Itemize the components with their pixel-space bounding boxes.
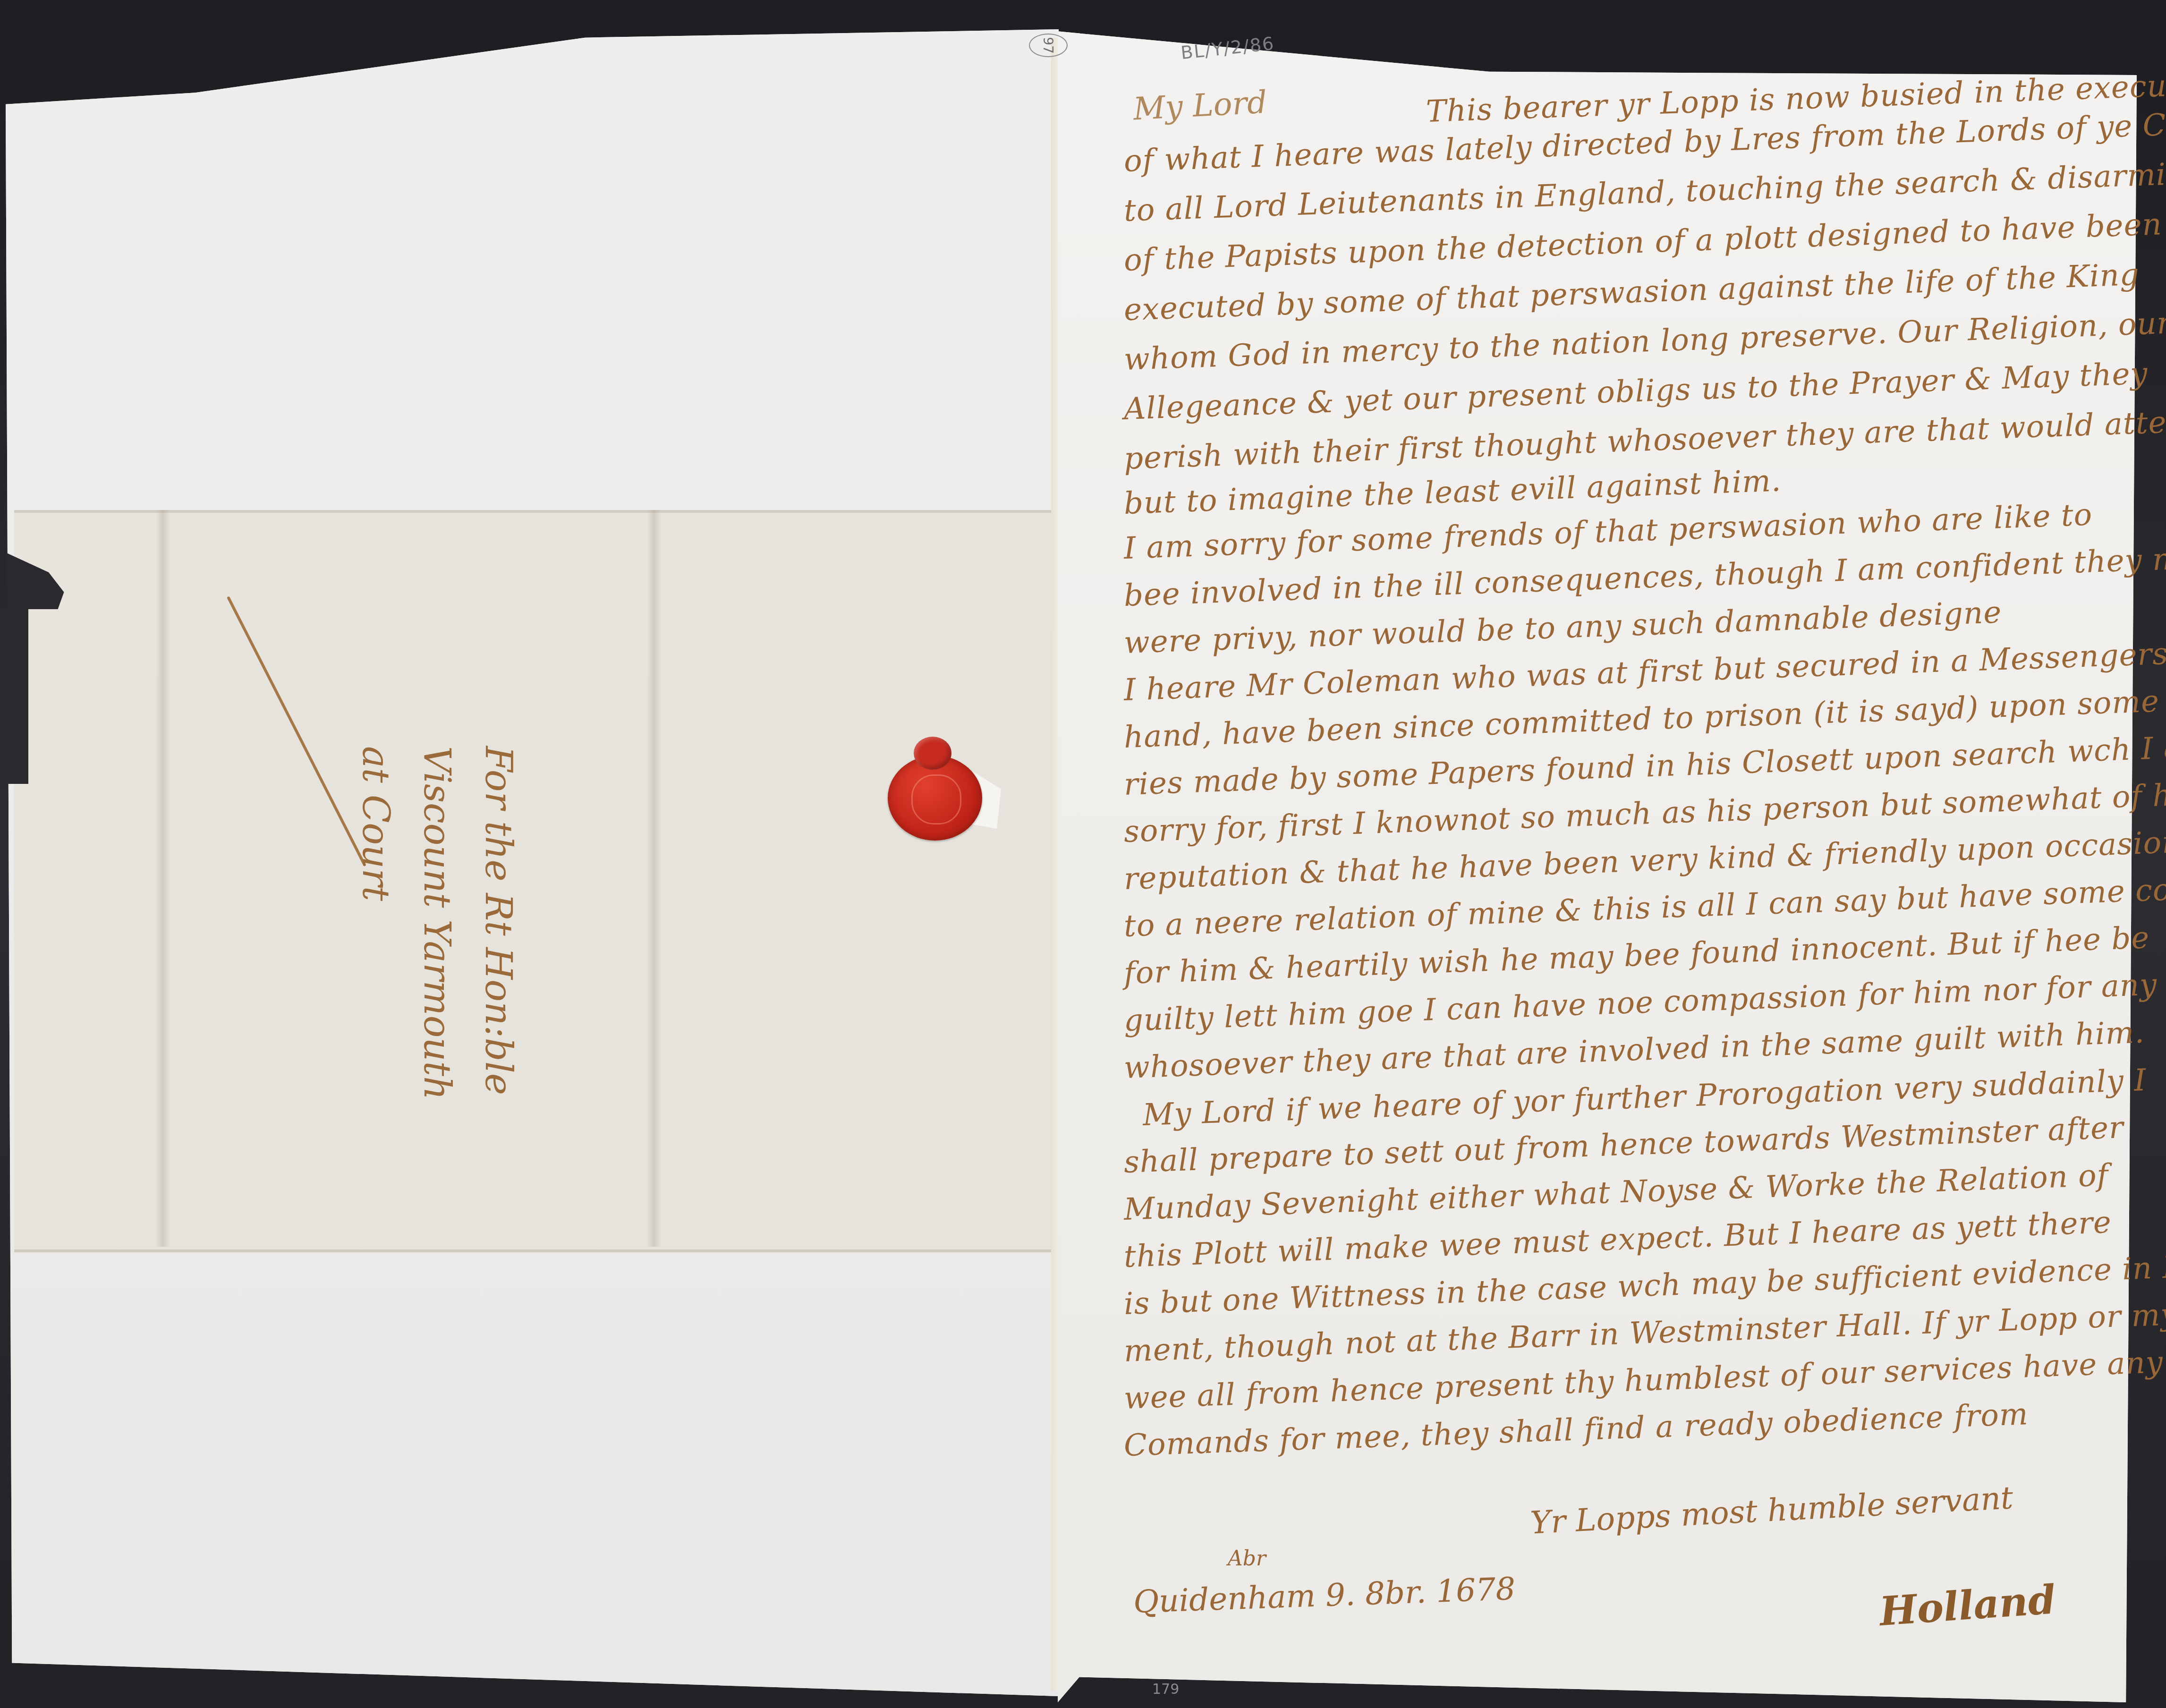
folio-number: 97 [1029,34,1068,57]
address-line: at Court [345,746,406,1100]
date-superscript: Abr [1228,1547,1266,1571]
seal-crest-icon [911,774,961,824]
fold-crease [647,510,661,1247]
wax-seal-icon [888,737,982,841]
fold-crease [156,510,170,1247]
seal-drip [914,737,951,770]
place: Quidenham [1133,1578,1316,1620]
salutation: My Lord [1132,84,1268,127]
address-line: For the Rt Hon:ble [467,746,529,1100]
address-panel-fold [14,510,1053,1252]
date: 9. 8br. 1678 [1325,1571,1516,1614]
pencil-page-number: 179 [1152,1681,1179,1698]
address-line: Viscount Yarmouth [406,746,467,1100]
address-block: For the Rt Hon:ble Viscount Yarmouth at … [345,746,529,1100]
paper-tear [0,609,28,784]
